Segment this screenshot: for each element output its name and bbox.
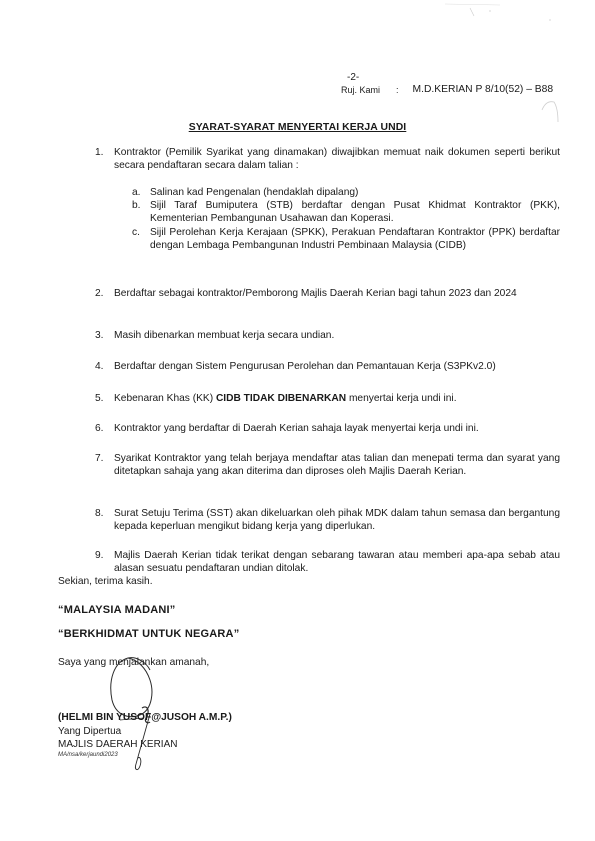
item-text: Berdaftar sebagai kontraktor/Pemborong M… (114, 287, 560, 300)
slogan-malaysia-madani: “MALAYSIA MADANI” (58, 604, 175, 616)
item-text: Masih dibenarkan membuat kerja secara un… (114, 329, 560, 342)
condition-item-9: 9. Majlis Daerah Kerian tidak terikat de… (95, 549, 560, 575)
slogan-berkhidmat: “BERKHIDMAT UNTUK NEGARA” (58, 628, 239, 640)
item-text-emphasis: CIDB TIDAK DIBENARKAN (216, 393, 346, 404)
condition-subitem-c: c. Sijil Perolehan Kerja Kerajaan (SPKK)… (132, 226, 560, 252)
reference-line: Ruj. Kami : M.D.KERIAN P 8/10(52) – B88 (341, 84, 553, 95)
item-text: Berdaftar dengan Sistem Pengurusan Perol… (114, 360, 560, 373)
item-text-before: Kebenaran Khas (KK) (114, 393, 216, 404)
item-number: 9. (95, 549, 104, 562)
item-number: 4. (95, 360, 104, 373)
item-text-after: menyertai kerja undi ini. (346, 393, 456, 404)
item-number: 6. (95, 422, 104, 435)
item-number: 2. (95, 287, 104, 300)
item-text: Kontraktor (Pemilik Syarikat yang dinama… (114, 146, 560, 172)
condition-subitem-b: b. Sijil Taraf Bumiputera (STB) berdafta… (132, 199, 560, 225)
item-number: 1. (95, 146, 104, 159)
item-text: Surat Setuju Terima (SST) akan dikeluark… (114, 507, 560, 533)
reference-label: Ruj. Kami (341, 85, 380, 95)
page-number: -2- (347, 72, 359, 83)
file-reference: MA/nsa/kerjaundi2023 (58, 752, 118, 758)
subitem-letter: c. (132, 226, 140, 239)
reference-separator: : (396, 85, 399, 95)
scan-artifact-marks (440, 2, 560, 22)
item-number: 3. (95, 329, 104, 342)
subitem-letter: b. (132, 199, 141, 212)
document-title: SYARAT-SYARAT MENYERTAI KERJA UNDI (0, 122, 595, 133)
item-number: 7. (95, 452, 104, 465)
condition-subitem-a: a. Salinan kad Pengenalan (hendaklah dip… (132, 186, 560, 199)
item-text: Kontraktor yang berdaftar di Daerah Keri… (114, 422, 560, 435)
condition-item-5: 5. Kebenaran Khas (KK) CIDB TIDAK DIBENA… (95, 392, 560, 405)
condition-item-1: 1. Kontraktor (Pemilik Syarikat yang din… (95, 146, 560, 172)
subitem-text: Sijil Taraf Bumiputera (STB) berdaftar d… (150, 199, 560, 225)
signatory-position: Yang Dipertua (58, 726, 121, 737)
condition-item-7: 7. Syarikat Kontraktor yang telah berjay… (95, 452, 560, 478)
signatory-name: (HELMI BIN YUSOF@JUSOH A.M.P.) (58, 712, 232, 723)
subitem-letter: a. (132, 186, 141, 199)
condition-item-2: 2. Berdaftar sebagai kontraktor/Pemboron… (95, 287, 560, 300)
item-text: Majlis Daerah Kerian tidak terikat denga… (114, 549, 560, 575)
subitem-text: Sijil Perolehan Kerja Kerajaan (SPKK), P… (150, 226, 560, 252)
item-text: Syarikat Kontraktor yang telah berjaya m… (114, 452, 560, 478)
condition-item-8: 8. Surat Setuju Terima (SST) akan dikelu… (95, 507, 560, 533)
condition-item-3: 3. Masih dibenarkan membuat kerja secara… (95, 329, 560, 342)
subitem-text: Salinan kad Pengenalan (hendaklah dipala… (150, 186, 560, 199)
condition-item-6: 6. Kontraktor yang berdaftar di Daerah K… (95, 422, 560, 435)
reference-value: M.D.KERIAN P 8/10(52) – B88 (413, 84, 554, 95)
item-number: 8. (95, 507, 104, 520)
item-number: 5. (95, 392, 104, 405)
closing-thanks: Sekian, terima kasih. (58, 576, 153, 587)
item-text: Kebenaran Khas (KK) CIDB TIDAK DIBENARKA… (114, 392, 560, 405)
signatory-organization: MAJLIS DAERAH KERIAN (58, 739, 177, 750)
condition-item-4: 4. Berdaftar dengan Sistem Pengurusan Pe… (95, 360, 560, 373)
